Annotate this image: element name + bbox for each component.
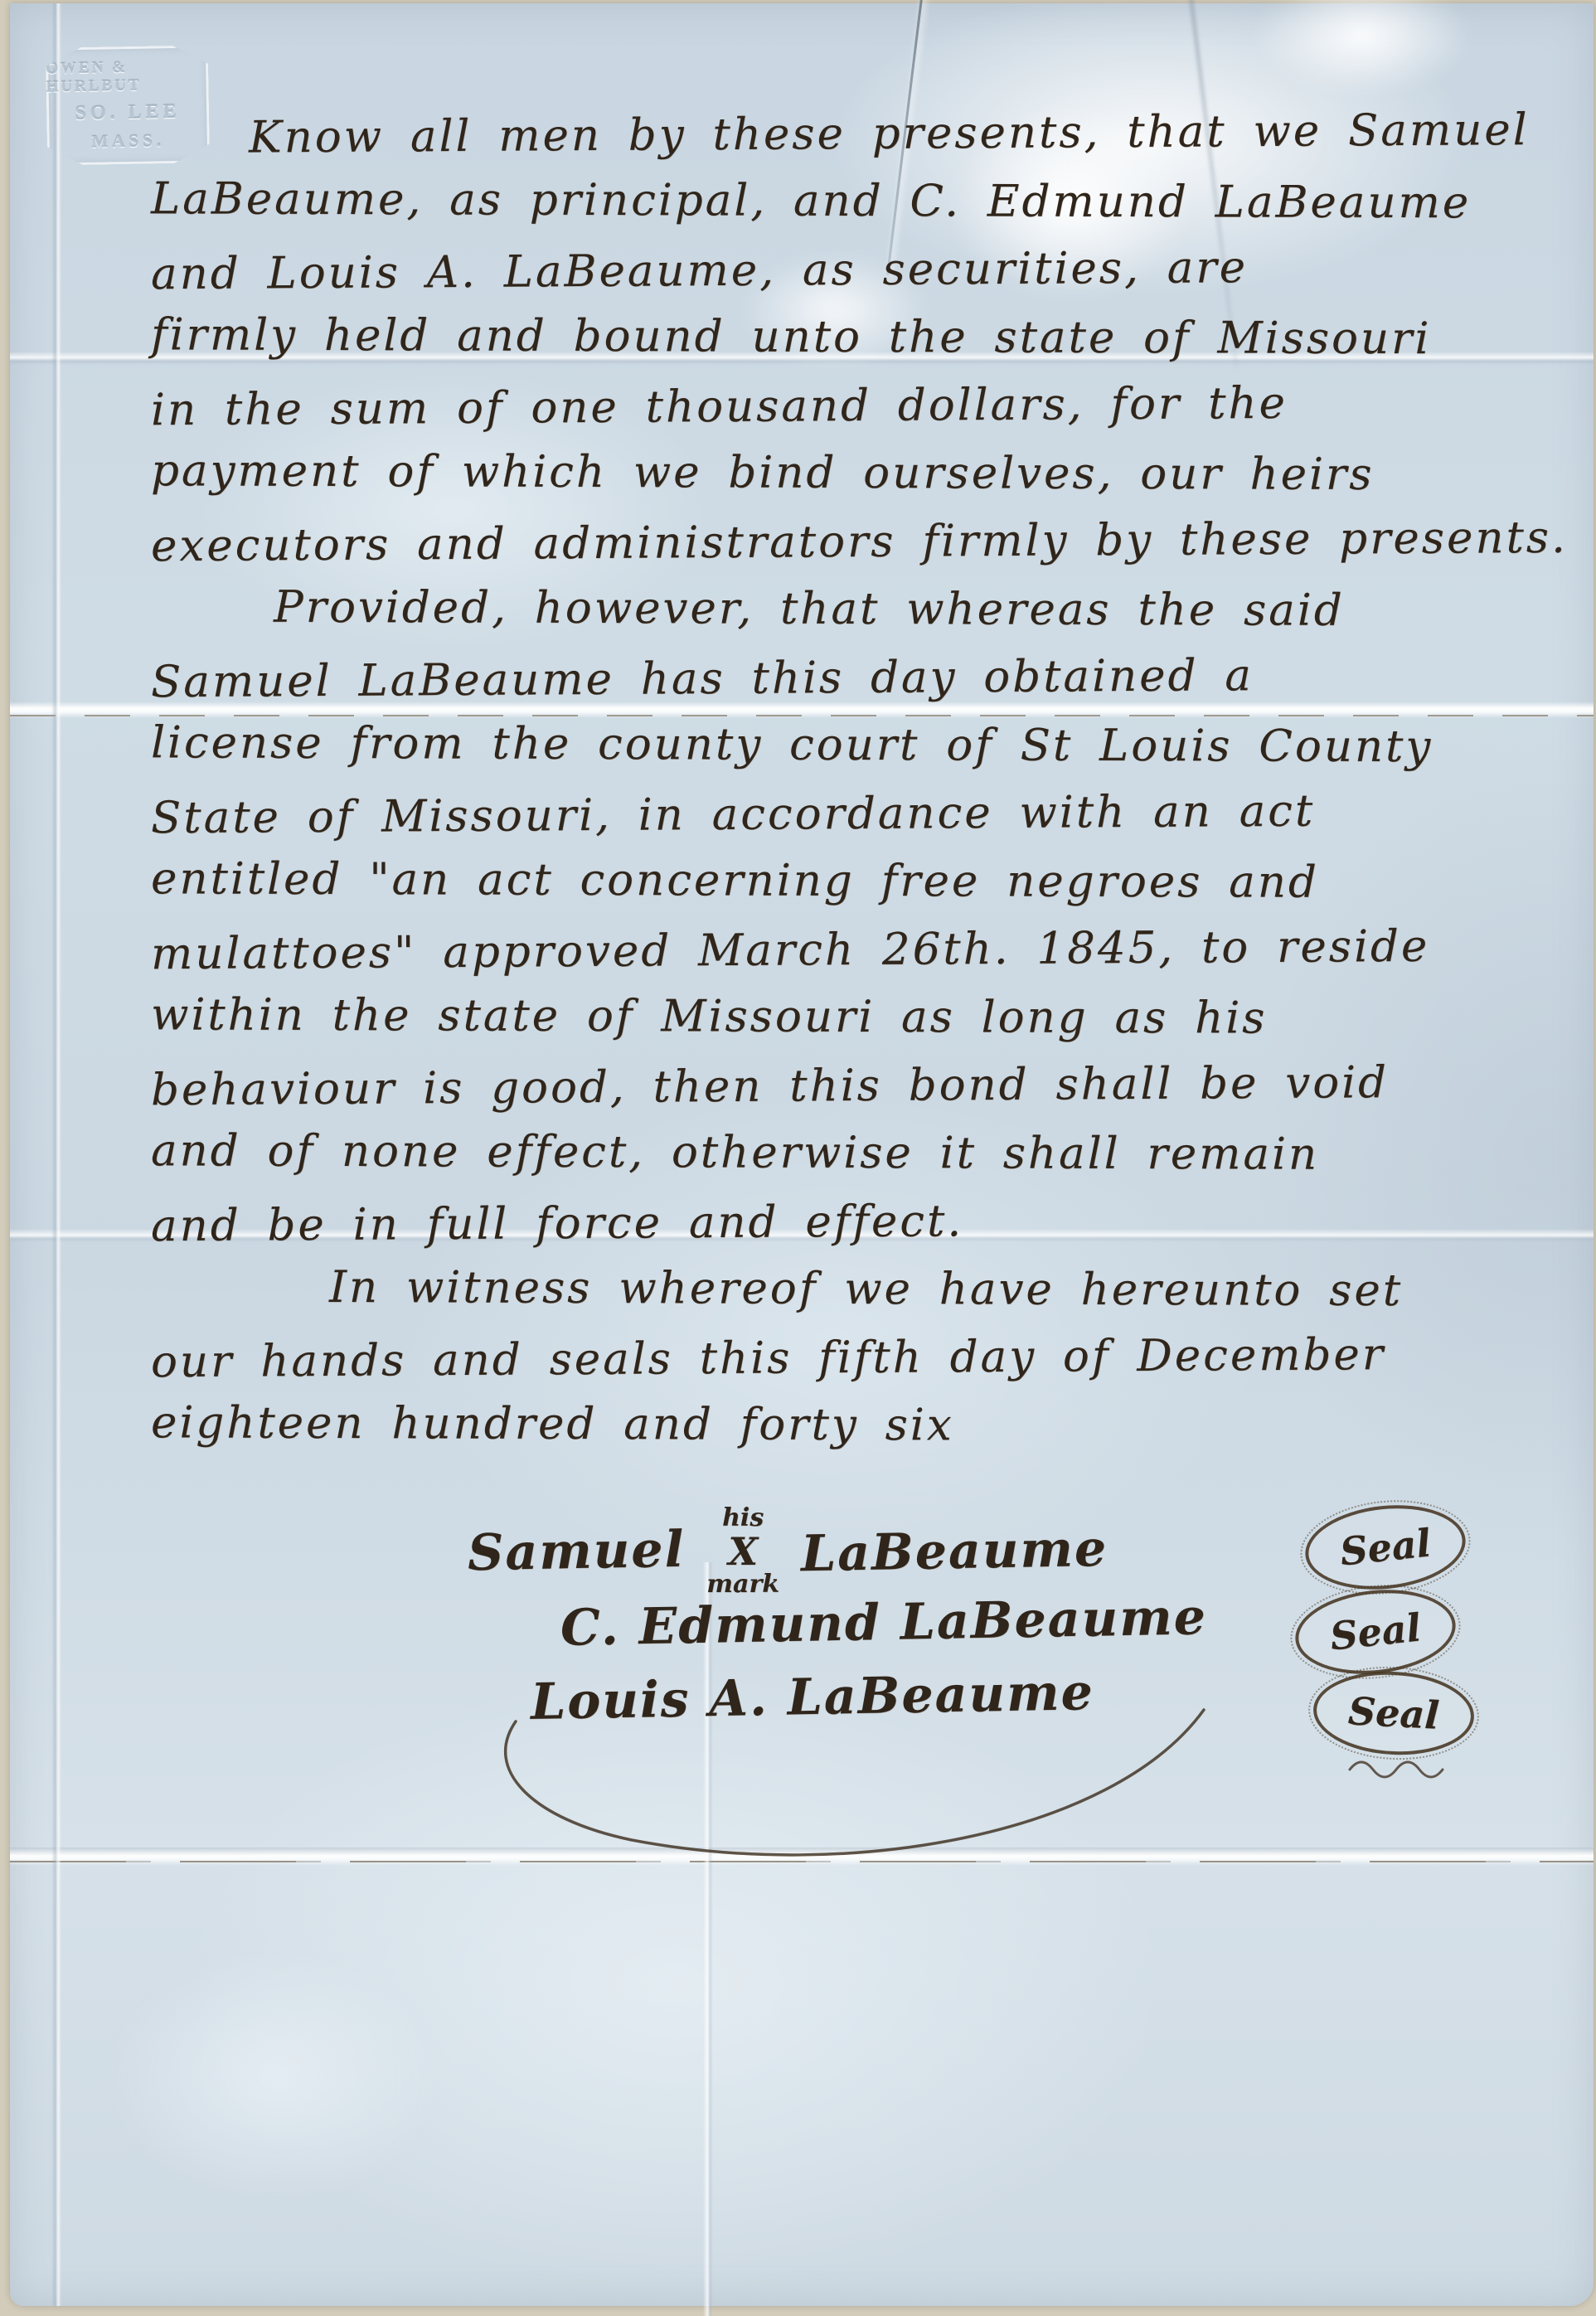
paper-highlight [109, 1952, 441, 2201]
handwritten-line: Provided, however, that whereas the said [151, 573, 1570, 645]
handwritten-body: Know all men by these presents, that we … [151, 100, 1570, 1459]
signature-row-louis: Louis A. LaBeaume [531, 1668, 1094, 1726]
seal-label: Seal [1338, 1520, 1433, 1574]
handwritten-line: within the state of Missouri as long as … [151, 981, 1570, 1053]
handwritten-line: and Louis A. LaBeaume, as securities, ar… [151, 232, 1570, 308]
seal-label: Seal [1347, 1688, 1440, 1738]
mark-label-his: his [722, 1506, 764, 1531]
handwritten-line: license from the county court of St Loui… [151, 709, 1570, 781]
signature-first-name: Samuel [467, 1521, 685, 1583]
signature-last-name: LaBeaume [800, 1520, 1108, 1583]
handwritten-line: and of none effect, otherwise it shall r… [151, 1117, 1570, 1189]
handwritten-line: our hands and seals this fifth day of De… [151, 1320, 1570, 1396]
seal-label: Seal [1328, 1605, 1424, 1658]
handwritten-line: mulattoes" approved March 26th. 1845, to… [151, 912, 1570, 988]
handwritten-line: payment of which we bind ourselves, our … [151, 437, 1570, 509]
fold-crease-line [10, 1861, 1594, 1862]
pen-flourish-squiggle [1346, 1755, 1454, 1783]
handwritten-line: eighteen hundred and forty six [151, 1389, 1570, 1461]
handwritten-line: Samuel LaBeaume has this day obtained a [151, 640, 1570, 716]
handwritten-line: State of Missouri, in accordance with an… [151, 776, 1570, 852]
handwritten-line: entitled "an act concerning free negroes… [151, 845, 1570, 917]
handwritten-line: executors and administrators firmly by t… [151, 504, 1570, 580]
paper-highlight [1254, 0, 1469, 95]
handwritten-line: In witness whereof we have hereunto set [151, 1253, 1570, 1325]
signature-name: C. Edmund LaBeaume [560, 1588, 1207, 1658]
seal-badge: Seal [1291, 1582, 1459, 1682]
handwritten-line: in the sum of one thousand dollars, for … [151, 368, 1570, 444]
stamp-maker-name: OWEN & HURLBUT [46, 57, 209, 96]
paper: OWEN & HURLBUT SO. LEE MASS. Know all me… [10, 3, 1594, 2306]
seal-badge: Seal [1301, 1498, 1469, 1597]
signature-row-edmund: C. Edmund LaBeaume [560, 1594, 1207, 1652]
handwritten-line: Know all men by these presents, that we … [151, 96, 1570, 172]
handwritten-line: LaBeaume, as principal, and C. Edmund La… [151, 165, 1570, 237]
signature-name: Louis A. LaBeaume [530, 1663, 1094, 1731]
fold-crease-vertical [51, 3, 61, 2306]
handwritten-line: behaviour is good, then this bond shall … [151, 1048, 1570, 1124]
signature-row-samuel: Samuel his X mark LaBeaume [468, 1506, 1108, 1597]
handwritten-line: and be in full force and effect. [151, 1184, 1570, 1260]
his-mark-stack: his X mark [706, 1506, 779, 1597]
fold-crease-horizontal [10, 1847, 1594, 1866]
seal-badge: Seal [1312, 1668, 1477, 1759]
document-scan: OWEN & HURLBUT SO. LEE MASS. Know all me… [0, 0, 1596, 2316]
handwritten-line: firmly held and bound unto the state of … [151, 301, 1570, 373]
mark-x: X [728, 1532, 758, 1571]
